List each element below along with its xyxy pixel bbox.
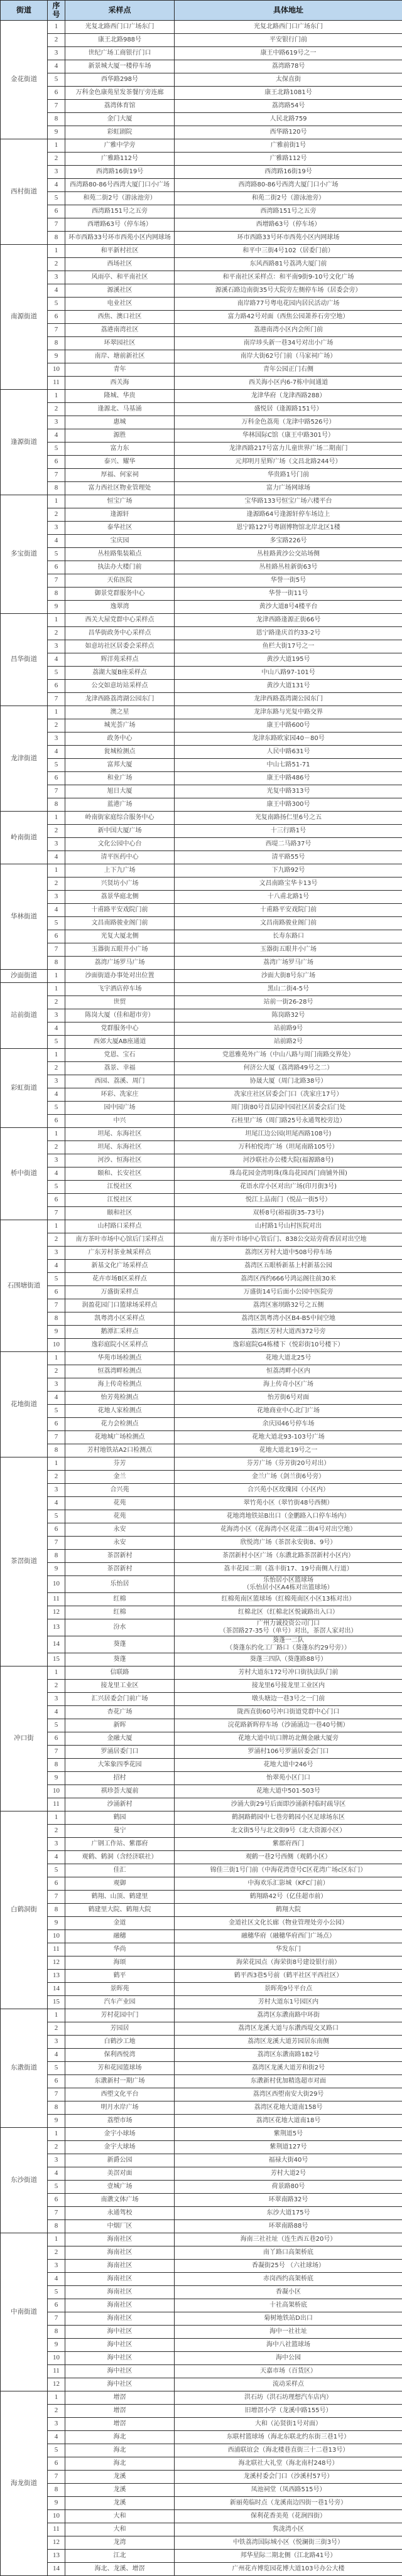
sampling-point-cell: 沙面街道办事处对出位置 [65, 969, 175, 982]
table-row: 岭南街道1岭南街家庭综合服务中心光复南路扬仁里6号之五 [1, 811, 402, 824]
address-cell: 双桥8号(裕福街35-73号) [175, 1206, 402, 1220]
sampling-point-cell: 昌华街政务中心采样点 [65, 626, 175, 640]
row-number-cell: 5 [48, 547, 65, 561]
row-number-cell: 2 [48, 508, 65, 521]
sampling-point-cell: 芬芳 [65, 1457, 175, 1470]
row-number-cell: 8 [48, 336, 65, 350]
table-row: 3广东芳村茶业城采样点荔湾区芳村大道中508号停车场 [1, 1246, 402, 1259]
table-row: 2西场社区东风西路81号荔鸿大厦门前 [1, 257, 402, 271]
address-cell: 龙津西路217号富力儿童世界广场二期南门 [175, 442, 402, 455]
address-cell: 荔湾区凯粤湾小区B4-B5中间空地 [175, 1312, 402, 1325]
row-number-cell: 3 [48, 2035, 65, 2048]
table-row: 3文化公园中心台西堤二马路37号 [1, 837, 402, 851]
sampling-point-cell: 河沙、恒海社区 [65, 1154, 175, 1167]
address-cell: 合兴苑小区玫瑰园（小区内） [175, 1483, 402, 1496]
sampling-point-cell: 海上传奇检测点 [65, 1378, 175, 1391]
address-cell: 石桂里广场（周门路25号永通驾校旁边） [175, 1114, 402, 1127]
row-number-cell: 2 [48, 1679, 65, 1692]
table-row: 7润盈花园门口篮球场采样点荔湾区塞坝路32号之五侧 [1, 1299, 402, 1312]
table-row: 4海北东联村篮球场（海北东联北约东街三巷1号） [1, 2430, 402, 2444]
row-number-cell: 3 [48, 46, 65, 60]
sampling-point-cell: 海中社区 [65, 2325, 175, 2338]
address-cell: 长寿东路口 [175, 930, 402, 943]
table-row: 5和苑二街2号（游泳池旁）和苑二街2号（游泳池旁） [1, 191, 402, 205]
sampling-point-cell: 和业广场 [65, 771, 175, 785]
table-row: 9龙溪新丽苑临时点（龙溪南边四街一巷1号旁） [1, 2496, 402, 2509]
row-number-cell: 6 [48, 1114, 65, 1127]
sampling-point-cell: 江悦社区 [65, 1193, 175, 1206]
address-cell: 花地大道北19号之一 [175, 1444, 402, 1457]
table-row: 7荔港南湾社区荔港南湾小区内会所门前 [1, 323, 402, 336]
sampling-point-cell: 厚福、何家祠 [65, 468, 175, 481]
table-row: 6西焦、澳口社区富力路42号对面（西焦公园萧养石旁空地） [1, 310, 402, 323]
row-number-cell: 4 [48, 903, 65, 916]
table-row: 7颐和社区双桥8号(裕福街35-73号) [1, 1206, 402, 1220]
address-cell: 环市西路33号环市西苑小区内网球场 [175, 231, 402, 244]
sampling-point-cell: 环彩、冼家庄 [65, 1088, 175, 1101]
row-number-cell: 8 [48, 1444, 65, 1457]
street-cell: 西村街道 [1, 139, 48, 244]
sampling-point-cell: 玉器街五眼井小广场 [65, 943, 175, 956]
table-row: 7花地城广场检测点花地大道北93-103号广场 [1, 1430, 402, 1444]
row-number-cell: 10 [48, 1784, 65, 1798]
row-number-cell: 3 [48, 1154, 65, 1167]
table-row: 6南漖文体广场环翠南路32号 [1, 2193, 402, 2206]
sampling-point-cell: 西塱文化平台 [65, 2088, 175, 2101]
sampling-point-cell: 海北 [65, 2457, 175, 2470]
sampling-point-cell: 龙溪 [65, 2470, 175, 2483]
row-number-cell: 3 [48, 1692, 65, 1705]
row-number-cell: 3 [48, 1009, 65, 1022]
table-row: 7罗涌居委门口罗涌村106号罗涌居委会门口 [1, 1745, 402, 1758]
table-row: 3政务中心龙津东路欧家园40－80号 [1, 732, 402, 745]
row-number-cell: 1 [48, 1127, 65, 1140]
table-row: 3惠城万科金色荔苑（龙津中路526号） [1, 416, 402, 429]
table-row: 6海北海北联社大礼堂（海北南村248号） [1, 2457, 402, 2470]
sampling-point-cell: 鹤园 [65, 1811, 175, 1824]
address-cell: 冼家庄社区居委会门口（冼家庄17号） [175, 1088, 402, 1101]
table-row: 2新中国大厦广场十三行路1号 [1, 824, 402, 837]
sampling-point-cell: 观鹤、鹤洞（含经济联社） [65, 1850, 175, 1864]
address-cell: 珠岛花园金湾明珠(珠岛花园西门商铺外围) [175, 1167, 402, 1180]
sampling-point-cell: 西园、荔溪、周门 [65, 1075, 175, 1088]
table-row: 7鹤翔、山顶、鹤建里鹤翔路42号（亿佳超市前） [1, 1890, 402, 1903]
address-cell: 多宝路226号 [175, 534, 402, 547]
sampling-point-cell: 芳村花园中门 [65, 2009, 175, 2022]
table-row: 2南方茶叶市场中心馆后门采样点南方茶叶市场中心管后门、838公交站旁荷香居对出空… [1, 1233, 402, 1246]
table-row: 4花苑翠竹苑小区（翠竹街48号西侧） [1, 1496, 402, 1510]
row-number-cell: 1 [48, 864, 65, 877]
sampling-point-cell: 大笨象四季花园 [65, 1758, 175, 1771]
table-row: 8大笨象四季花园花地大道中246号 [1, 1758, 402, 1771]
row-number-cell: 1 [48, 2127, 65, 2140]
table-row: 13江北邦华星际二期北侧（江北路41号） [1, 2549, 402, 2562]
row-number-cell: 1 [48, 2009, 65, 2022]
address-cell: 山村路1号山村医院对出 [175, 1220, 402, 1233]
table-row: 逢源街道1隆城、华贵龙津华府（龙津西路288） [1, 389, 402, 402]
table-row: 金花街道1光复北路西门口广场东门光复北路西门口广场东门 [1, 20, 402, 33]
sampling-point-cell: 融穗 [65, 1929, 175, 1943]
sampling-point-cell: 江悦社区 [65, 1180, 175, 1193]
row-number-cell: 4 [48, 745, 65, 758]
table-row: 9南岸、塘前新社区南岸大街62号门前（马家祠广场） [1, 350, 402, 363]
sampling-point-cell: 风雨亭、和平南社区 [65, 271, 175, 284]
sampling-point-cell: 永安 [65, 1536, 175, 1549]
address-cell: 文昌南路骏业阁门前 [175, 916, 402, 930]
table-row: 8鹤建里大院、鹤翔大院鹤翔大院 [1, 1903, 402, 1916]
row-number-cell: 8 [48, 1758, 65, 1771]
sampling-point-cell: 源胜 [65, 429, 175, 442]
street-cell: 华林街道 [1, 864, 48, 969]
table-row: 10海中社区海中公园 [1, 2351, 402, 2364]
address-cell: 荔湾区龙溪大道芳园居东南侧 [175, 2035, 402, 2048]
table-row: 4怡芳苑检测点怡芳街6号对面 [1, 1391, 402, 1404]
sampling-point-cell: 文昌南路骏业阁门前 [65, 916, 175, 930]
row-number-cell: 13 [48, 1619, 65, 1636]
row-number-cell: 1 [48, 982, 65, 996]
sampling-point-cell: 宝庆园 [65, 534, 175, 547]
address-cell: 荔丰花园二期（荔丰街17、19号南侧人行道） [175, 1562, 402, 1575]
table-row: 12红棉红棉北区（红棉北区悦诚路出入口） [1, 1606, 402, 1619]
sampling-point-cell: 政务中心 [65, 732, 175, 745]
address-cell: 花地大道中246号 [175, 1758, 402, 1771]
table-row: 3荔景华庭北侧十八甫北路1号 [1, 890, 402, 903]
address-cell: 中铁荔湾国际城小区（悦澜街三街3号） [175, 2536, 402, 2549]
table-row: 4党群服务中心站前路9号 [1, 1022, 402, 1035]
table-row: 冲口街1信联路芳村大道东172号冲口街执法队门前 [1, 1666, 402, 1679]
address-cell: 龙津东路欧家园40－80号 [175, 732, 402, 745]
table-row: 14海北、龙溪、增滘广州花卉博览园花博大道103号办公大楼 [1, 2562, 402, 2575]
table-row: 3如意坊社区居委会采样点鱼栏大街17号之一 [1, 640, 402, 653]
row-number-cell: 9 [48, 2496, 65, 2509]
row-number-cell: 3 [48, 1483, 65, 1496]
table-row: 10逸彩庭院小区采样点逸彩庭院G4栋楼下（悦彩街10号楼下） [1, 1338, 402, 1351]
table-row: 10祺珍荟大厦前花地大道中501-503号 [1, 1784, 402, 1798]
address-cell: 海中八社篮球场 [175, 2338, 402, 2351]
table-row: 2城光荟广场康王中路600号 [1, 719, 402, 732]
sampling-point-cell: 花苑 [65, 1496, 175, 1510]
row-number-cell: 2 [48, 877, 65, 890]
sampling-point-cell: 龙溪 [65, 2483, 175, 2496]
row-number-cell: 1 [48, 2391, 65, 2404]
row-number-cell: 11 [48, 1943, 65, 1956]
sampling-point-cell: 海中社区 [65, 2338, 175, 2351]
row-number-cell: 2 [48, 626, 65, 640]
row-number-cell: 8 [48, 2483, 65, 2496]
address-cell: 华贵路1号门前 [175, 468, 402, 481]
table-row: 2曼宁北文街5号与北文街9号（北大资源小区） [1, 1824, 402, 1837]
street-cell: 花地街道 [1, 1351, 48, 1457]
sampling-point-cell: 白鹤沙工地 [65, 2035, 175, 2048]
sampling-point-cell: 青年 [65, 363, 175, 376]
address-cell: 协晟大厦（周门北路38号） [175, 1075, 402, 1088]
address-cell: 宝华路133号恒宝广场六楼平台 [175, 495, 402, 508]
sampling-point-cell: 金融大厦 [65, 1732, 175, 1745]
table-row: 5壹城广场荷景路80号 [1, 2180, 402, 2193]
table-row: 5园中园广场周门街80号首层园中园社区居委会后门处 [1, 1101, 402, 1114]
table-row: 5芳和花园篮球场荔湾区龙溪大道芳和街2号 [1, 2061, 402, 2074]
table-row: 花地街道1华苑市场检测点花地大道北25号 [1, 1351, 402, 1365]
table-row: 龙津街道1澳之星龙津东路与光复中路交界 [1, 706, 402, 719]
sampling-point-cell: 明月水岸广场 [65, 2101, 175, 2114]
table-row: 3西园、荔溪、周门协晟大厦（周门北路38号） [1, 1075, 402, 1088]
address-cell: 西湾路16街19号 [175, 165, 402, 178]
table-row: 7海南社区菊树地铁站D出口 [1, 2312, 402, 2325]
header-sampling-point: 采样点 [65, 1, 175, 21]
sampling-point-cell: 城光荟广场 [65, 719, 175, 732]
address-cell: 芳村大道东172号冲口街执法队门前 [175, 1666, 402, 1679]
table-row: 7天佑医院华誉一街5号 [1, 574, 402, 587]
table-row: 2恒荔湾畔检测点恒荔湾畔小区内 [1, 1365, 402, 1378]
sampling-point-cell: 西关大屋党群中心采样点 [65, 613, 175, 626]
table-row: 4源溪社区源溪石路边南街35号大院旁左侧停车场（居委会旁） [1, 284, 402, 297]
address-cell: 光复中路313号 [175, 785, 402, 798]
row-number-cell: 4 [48, 2272, 65, 2285]
sampling-point-cell: 西湾路80-86号西湾大厦门口小广场 [65, 178, 175, 191]
table-row: 4杏花广场陇西直街60号冲口街道党群中心门口 [1, 1705, 402, 1719]
address-cell: 红棉北区（红棉北区悦诚路出入口） [175, 1606, 402, 1619]
address-cell: 中海欢乐汇影城（KFC门前） [175, 1877, 402, 1890]
row-number-cell: 8 [48, 2325, 65, 2338]
sampling-point-cell: 增滘 [65, 2391, 175, 2404]
table-row: 2逢源轩逢源路64号逢源轩停车场边上 [1, 508, 402, 521]
sampling-point-cell: 万科金色康苑星发茶餐厅旁连廊 [65, 86, 175, 99]
address-cell: 龙津东路与光复中路交界 [175, 706, 402, 719]
row-number-cell: 6 [48, 1285, 65, 1299]
address-cell: 南岸大街62号门前（马家祠广场） [175, 350, 402, 363]
row-number-cell: 6 [48, 771, 65, 785]
address-cell: 旧增滘小学（龙溪中路155号） [175, 2404, 402, 2417]
table-row: 12龙湾中铁荔湾国际城小区（悦澜街三街3号） [1, 2536, 402, 2549]
row-number-cell: 5 [48, 758, 65, 771]
table-row: 6万盛街采样点万盛街14号后面小公园中医院旁 [1, 1285, 402, 1299]
sampling-point-cell: 瓮城检测点 [65, 745, 175, 758]
sampling-point-cell: 新景城大厦一楼停车场 [65, 60, 175, 73]
row-number-cell: 7 [48, 218, 65, 231]
row-number-cell: 3 [48, 1246, 65, 1259]
sampling-point-cell: 西焦、澳口社区 [65, 310, 175, 323]
address-cell: 陈岗路32号 [175, 1009, 402, 1022]
address-cell: 中山七路51-71 [175, 758, 402, 771]
row-number-cell: 9 [48, 1916, 65, 1929]
address-cell: 荔湾区芳村大道西372号旁 [175, 1325, 402, 1338]
table-row: 9彩虹剧院西华路120号 [1, 126, 402, 139]
address-cell: 十社高架桥底 [175, 2299, 402, 2312]
row-number-cell: 7 [48, 468, 65, 481]
table-row: 3风雨亭、和平南社区和平南社区采样点：和平南9街9-10号文化广场 [1, 271, 402, 284]
sampling-point-cell: 党群服务中心 [65, 1022, 175, 1035]
address-cell: 锦佳三街1号门前（中海花湾壹号C区花湾广场c区东门） [175, 1864, 402, 1877]
address-cell: 黑山二街4-5号 [175, 982, 402, 996]
sampling-point-cell: 十甫路平安戏院门前 [65, 903, 175, 916]
row-number-cell: 6 [48, 310, 65, 323]
sampling-point-cell: 广雅路112号 [65, 152, 175, 165]
table-row: 3泰华社区恩宁路127号粤剧博物馆北岸北区1楼 [1, 521, 402, 534]
sampling-point-cell: 兴贤坊小广场 [65, 877, 175, 890]
table-row: 2金宇大球场紫荆道127号 [1, 2140, 402, 2154]
address-cell: 荔湾路78号 [175, 60, 402, 73]
sampling-point-cell: 丛桂路集装箱点 [65, 547, 175, 561]
row-number-cell: 5 [48, 1035, 65, 1048]
address-cell: 赤岗西约高架桥底 [175, 2272, 402, 2285]
address-cell: 玉器街五眼井小广场 [175, 943, 402, 956]
row-number-cell: 5 [48, 2061, 65, 2074]
row-number-cell: 2 [48, 996, 65, 1009]
table-row: 3广钢工作站、紫郡府紫郡府西门 [1, 1837, 402, 1850]
address-cell: 北文街5号与北文街9号（北大资源小区） [175, 1824, 402, 1837]
sampling-point-cell: 鹅潭汇采样点 [65, 1325, 175, 1338]
address-cell: 花地大道中坑口牌坊北侧金融大厦旁 [175, 1732, 402, 1745]
address-cell: 芳村大道东1号园区内 [175, 1995, 402, 2009]
row-number-cell: 2 [48, 257, 65, 271]
table-row: 9荔塱市场荔湾区花地大道南18号 [1, 2114, 402, 2127]
sampling-point-cell: 鹤翔、山顶、鹤建里 [65, 1890, 175, 1903]
row-number-cell: 10 [48, 1929, 65, 1943]
sampling-point-cell: 东漖新村一期广场 [65, 2074, 175, 2088]
table-row: 3河沙、恒海社区河沙联社办公楼大院(福源路8号) [1, 1154, 402, 1167]
sampling-point-cell: 坦尾、东海社区 [65, 1127, 175, 1140]
address-cell: 何济公大厦（荔湾路49号之二） [175, 1061, 402, 1075]
sampling-point-cell: 西湾路16街19号 [65, 165, 175, 178]
row-number-cell: 6 [48, 86, 65, 99]
row-number-cell: 15 [48, 1995, 65, 2009]
address-cell: 荔港南湾小区内会所门前 [175, 323, 402, 336]
table-row: 11沙涌新村沙涌大街29号后面即沙涌新村临时疏导区 [1, 1798, 402, 1811]
address-cell: 逸彩庭院G4栋楼下（悦彩街10号楼下） [175, 1338, 402, 1351]
row-number-cell: 4 [48, 1088, 65, 1101]
row-number-cell: 11 [48, 2523, 65, 2536]
sampling-point-cell: 景晖苑 [65, 1982, 175, 1995]
row-number-cell: 3 [48, 1378, 65, 1391]
table-row: 11西关海西关海小区内6-7栋中间通道 [1, 376, 402, 389]
address-cell: 邦华星际二期北侧（江北路41号） [175, 2549, 402, 2562]
row-number-cell: 1 [48, 1220, 65, 1233]
address-cell: 广雅路112号 [175, 152, 402, 165]
address-cell: 欣悦湾广场（茶滘永安街8、9号） [175, 1536, 402, 1549]
address-cell: 和平南社区采样点：和平南9街9-10号文化广场 [175, 271, 402, 284]
row-number-cell: 12 [48, 2378, 65, 2391]
row-number-cell: 12 [48, 1956, 65, 1969]
table-row: 沙面街道1沙面街道办事处对出位置沙面大街8号东广场 [1, 969, 402, 982]
row-number-cell: 3 [48, 1075, 65, 1088]
sampling-point-cell: 岭南街家庭综合服务中心 [65, 811, 175, 824]
row-number-cell: 5 [48, 1101, 65, 1114]
row-number-cell: 1 [48, 1811, 65, 1824]
table-row: 6泰兴、耀华元邦明月星辉广场（文昌北路244号） [1, 455, 402, 468]
address-cell: 花地大道中501-503号 [175, 1784, 402, 1798]
sampling-point-cell: 颐和、长安社区 [65, 1167, 175, 1180]
address-cell: 丛桂路丛桂新街63号 [175, 561, 402, 574]
sampling-point-cell: 和平新村社区 [65, 244, 175, 257]
table-row: 6海南社区十社高架桥底 [1, 2299, 402, 2312]
sampling-point-cell: 海南社区 [65, 2259, 175, 2272]
table-row: 东漖街道1芳村花园中门荔湾区东漖南路中环街 [1, 2009, 402, 2022]
row-number-cell: 6 [48, 1732, 65, 1745]
address-cell: 元邦明月星辉广场（文昌北路244号） [175, 455, 402, 468]
table-row: 10融穗融穗华府（融穗华府西门广场点） [1, 1929, 402, 1943]
table-row: 6西湾路151号之五旁西湾路151号之五旁 [1, 205, 402, 218]
row-number-cell: 4 [48, 429, 65, 442]
address-cell: 党恩雅苑外广场（中山八路与周门南路交界处） [175, 1048, 402, 1061]
table-row: 3汇兴居委会门前广场墩头塘边一巷3号之一门前 [1, 1692, 402, 1705]
row-number-cell: 7 [48, 1745, 65, 1758]
row-number-cell: 5 [48, 73, 65, 86]
row-number-cell: 1 [48, 1351, 65, 1365]
table-row: 多宝街道1恒宝广场宝华路133号恒宝广场六楼平台 [1, 495, 402, 508]
address-cell: 富力路42号对面（西焦公园萧养石旁空地） [175, 310, 402, 323]
table-row: 11海中社区天嘉市场（百货区） [1, 2364, 402, 2378]
sampling-point-cell: 逸彩庭院小区采样点 [65, 1338, 175, 1351]
sampling-point-cell: 海北 [65, 2444, 175, 2457]
address-cell: 荔湾区芳村大道中508号停车场 [175, 1246, 402, 1259]
table-row: 5荔湖大厦B座采样点中山八路97-101号 [1, 666, 402, 679]
row-number-cell: 1 [48, 2233, 65, 2246]
sampling-point-cell: 辉洋苑采样点 [65, 653, 175, 666]
sampling-point-cell: 花苑 [65, 1510, 175, 1523]
row-number-cell: 7 [48, 574, 65, 587]
address-cell: 黄沙大道195号 [175, 653, 402, 666]
sampling-point-cell: 光复大厦北侧 [65, 930, 175, 943]
row-number-cell: 1 [48, 1457, 65, 1470]
address-cell: 花地大道北25号 [175, 1351, 402, 1365]
table-row: 5电业社区南岸路77号粤电花园内居民活动广场 [1, 297, 402, 310]
address-cell: 花海湾小区（花海湾小区花漾二街4号对出空地） [175, 1523, 402, 1536]
header-street: 街道 [1, 1, 48, 21]
sampling-point-cell: 金道 [65, 1916, 175, 1929]
sampling-point-cell: 万盛街采样点 [65, 1285, 175, 1299]
table-row: 2广雅路112号广雅路112号 [1, 152, 402, 165]
address-cell: 荔湾区龙溪大道与东漖西堤交叉路口 [175, 2022, 402, 2035]
sampling-point-cell: 大和 [65, 2523, 175, 2536]
table-row: 4西湾路80-86号西湾大厦门口小广场西湾路80-86号西湾大厦门口小广场 [1, 178, 402, 191]
sampling-point-cell: 芳村地铁站A2口检测点 [65, 1444, 175, 1457]
address-cell: 恩宁路127号粤剧博物馆北岸北区1楼 [175, 521, 402, 534]
row-number-cell: 7 [48, 323, 65, 336]
row-number-cell: 4 [48, 851, 65, 864]
address-cell: 东风西路81号荔鸿大厦门前 [175, 257, 402, 271]
row-number-cell: 14 [48, 1636, 65, 1653]
row-number-cell: 4 [48, 1705, 65, 1719]
sampling-point-cell: 南漖文体广场 [65, 2193, 175, 2206]
address-cell: 葵蓬一二队 （葵蓬东约化工厂路口（葵蓬东约29号旁）） [175, 1636, 402, 1653]
sampling-point-cell: 海中社区 [65, 2364, 175, 2378]
address-cell: 广州力诚投资公司门口 （茶滘路27-35号（单号）对出，茶滘人家对出） [175, 1619, 402, 1636]
address-cell: 凤池祠堂（凤西路515号） [175, 2483, 402, 2496]
table-row: 5佳汇锦佳三街1号门前（中海花湾壹号C区花湾广场c区东门） [1, 1864, 402, 1877]
sampling-point-cell: 花地城广场检测点 [65, 1430, 175, 1444]
table-row: 14景晖苑景晖苑9号平台点 [1, 1982, 402, 1995]
row-number-cell: 4 [48, 534, 65, 547]
table-row: 6中兴石桂里广场（周门路25号永通驾校旁边） [1, 1114, 402, 1127]
row-number-cell: 7 [48, 692, 65, 706]
row-number-cell: 2 [48, 1824, 65, 1837]
sampling-point-cell: 葵蓬 [65, 1636, 175, 1653]
address-cell: 菊树地铁站D出口 [175, 2312, 402, 2325]
row-number-cell: 8 [48, 1549, 65, 1562]
address-cell: 下九路92号 [175, 864, 402, 877]
row-number-cell: 6 [48, 930, 65, 943]
table-row: 桥中街道1坦尾、东海社区坦尾江边公园(坦尾西路108号) [1, 1127, 402, 1140]
address-cell: 荔湾区花地大道南18号 [175, 2114, 402, 2127]
address-cell: 万科金色荔苑（龙津中路526号） [175, 416, 402, 429]
table-row: 8明月水岸广场荔湾区花地大道南158号 [1, 2101, 402, 2114]
address-cell: 悦江上品南门（悦品一街5号） [175, 1193, 402, 1206]
row-number-cell: 6 [48, 205, 65, 218]
address-cell: 西堤二马路37号 [175, 837, 402, 851]
table-row: 7玉器街五眼井小广场玉器街五眼井小广场 [1, 943, 402, 956]
sampling-point-cell: 西增路63号（停车场） [65, 218, 175, 231]
sampling-points-table: 街道 序号 采样点 具体地址 金花街道1光复北路西门口广场东门光复北路西门口广场… [0, 0, 402, 2576]
